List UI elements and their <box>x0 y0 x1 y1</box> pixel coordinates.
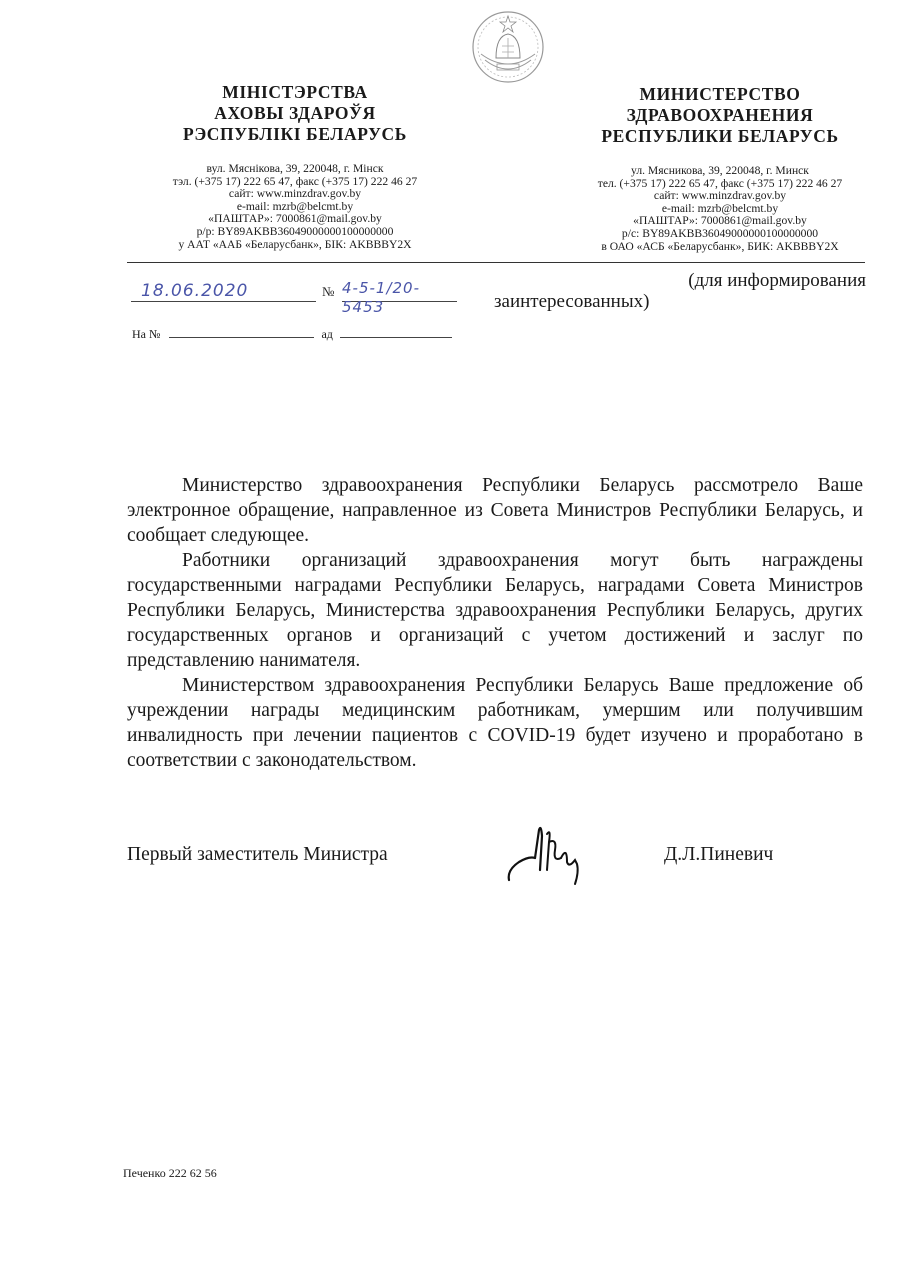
executor-contact: Печенко 222 62 56 <box>123 1166 217 1181</box>
org-name-by: МІНІСТЭРСТВА АХОВЫ ЗДАРОЎЯ РЭСПУБЛІКІ БЕ… <box>125 82 465 145</box>
paragraph: Министерство здравоохранения Республики … <box>127 473 863 548</box>
letter-body: Министерство здравоохранения Республики … <box>127 473 863 773</box>
registration-date-value: 18.06.2020 <box>141 281 248 301</box>
paragraph: Министерством здравоохранения Республики… <box>127 673 863 773</box>
ref-number-blank <box>169 325 314 338</box>
bank-account: р/р: BY89AKBB36049000000100000000 <box>125 226 465 239</box>
bank-name: в ОАО «АСБ «Беларусбанк», БИК: AKBBBY2X <box>565 241 875 254</box>
website: сайт: www.minzdrav.gov.by <box>565 190 875 203</box>
address: ул. Мясникова, 39, 220048, г. Минск <box>565 165 875 178</box>
address: вул. Мяснікова, 39, 220048, г. Мінск <box>125 163 465 176</box>
signatory-name: Д.Л.Пиневич <box>664 844 773 866</box>
header-right: МИНИСТЕРСТВО ЗДРАВООХРАНЕНИЯ РЕСПУБЛИКИ … <box>565 84 875 253</box>
recipient: (для информирования заинтересованных) <box>494 270 866 312</box>
reference-line: На № ад <box>132 325 452 342</box>
bank-name: у ААТ «ААБ «Беларусбанк», БІК: AKBBBY2X <box>125 239 465 252</box>
org-name-ru: МИНИСТЕРСТВО ЗДРАВООХРАНЕНИЯ РЕСПУБЛИКИ … <box>565 84 875 147</box>
contacts-by: вул. Мяснікова, 39, 220048, г. Мінск тэл… <box>125 163 465 251</box>
contacts-ru: ул. Мясникова, 39, 220048, г. Минск тел.… <box>565 165 875 253</box>
ref-number-label: На № <box>132 327 160 341</box>
registration-number-value: 4-5-1/20-5453 <box>342 279 420 316</box>
header-left: МІНІСТЭРСТВА АХОВЫ ЗДАРОЎЯ РЭСПУБЛІКІ БЕ… <box>125 82 465 251</box>
registration-number: 4-5-1/20-5453 <box>342 277 457 302</box>
registration-number-label: № <box>322 284 334 300</box>
registration-date: 18.06.2020 <box>131 277 316 302</box>
signatory-title: Первый заместитель Министра <box>127 844 388 866</box>
ref-from-label: ад <box>321 327 332 341</box>
bank-account: р/с: BY89AKBB36049000000100000000 <box>565 228 875 241</box>
paragraph: Работники организаций здравоохранения мо… <box>127 548 863 673</box>
state-emblem-icon <box>469 8 547 86</box>
ref-date-blank <box>340 325 452 338</box>
signature-icon <box>505 822 595 902</box>
website: сайт: www.minzdrav.gov.by <box>125 188 465 201</box>
header-divider <box>127 262 865 263</box>
